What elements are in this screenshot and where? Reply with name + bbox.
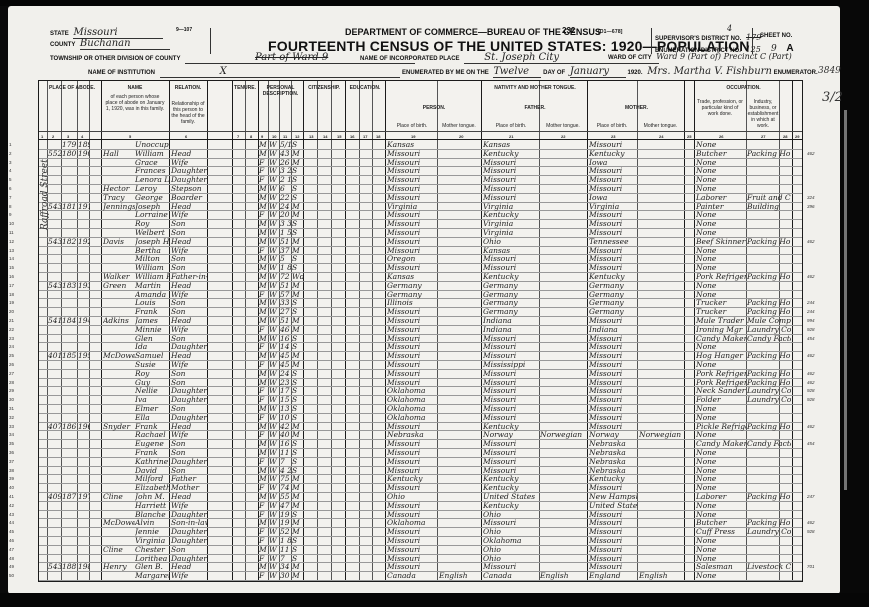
occupation-code: 462	[807, 351, 833, 360]
column-number: 28	[783, 134, 787, 139]
column-number: 15	[337, 134, 341, 139]
father-birthplace: Canada	[483, 571, 539, 580]
mother-tongue: English	[439, 571, 481, 580]
header-person-pob: Place of birth.	[387, 123, 437, 129]
header-father: FATHER.	[483, 105, 587, 111]
sheet-number: 9	[771, 44, 777, 54]
column-number: 21	[509, 134, 513, 139]
column-number: 16	[350, 134, 354, 139]
enumerated-label: ENUMERATED BY ME ON THE	[402, 70, 489, 76]
table-row: 50MargaretWifeFW30MCanadaEnglishCanadaEn…	[39, 571, 802, 580]
occupation-code: 462	[807, 422, 833, 431]
occupation-code: 701	[807, 562, 833, 571]
header-education: EDUCATION.	[345, 85, 385, 91]
column-number: 8	[250, 134, 252, 139]
occupation-code: 462	[807, 149, 833, 158]
father-tongue: English	[540, 571, 587, 580]
column-number: 3	[67, 134, 69, 139]
scan-right-border	[840, 0, 869, 607]
race: W	[269, 571, 279, 580]
header-mother-pob: Place of birth.	[587, 123, 637, 129]
header-father-tongue: Mother tongue.	[539, 123, 587, 129]
side-note-left: Raffroad Street	[40, 159, 50, 230]
column-number: 18	[376, 134, 380, 139]
enumeration-district-field: ENUMERATION DISTRICT NO. 125	[655, 45, 761, 54]
header-person: PERSON.	[387, 105, 481, 111]
institution-value: X	[160, 66, 400, 78]
page-stamp: 232	[562, 26, 575, 35]
margin-note-top: 3849	[818, 66, 841, 76]
occupation-code: 462	[807, 237, 833, 246]
township-label: TOWNSHIP OR OTHER DIVISION OF COUNTY	[50, 56, 180, 62]
column-number: 7	[237, 134, 239, 139]
column-number: 29	[795, 134, 799, 139]
enumerator-label: ENUMERATOR.	[774, 70, 818, 76]
supervisor-district-field: SUPERVISOR'S DISTRICT NO. 179	[655, 33, 761, 42]
column-number: 13	[309, 134, 313, 139]
county-value: Buchanan	[80, 38, 170, 50]
occupation-code: 928	[807, 395, 833, 404]
occupation-code: 247	[807, 492, 833, 501]
header-relation: RELATION.	[171, 85, 205, 91]
institution-label: NAME OF INSTITUTION	[88, 70, 155, 76]
relation: Wife	[171, 571, 207, 580]
header-place-of-abode: PLACE OF ABODE.	[45, 85, 99, 91]
column-number: 17	[363, 134, 367, 139]
column-number: 11	[283, 134, 287, 139]
column-number: 9	[261, 134, 263, 139]
state-label: STATE	[50, 31, 69, 37]
column-number: 23	[611, 134, 615, 139]
header-occupation: OCCUPATION.	[695, 85, 792, 91]
occupation-code: 396	[807, 202, 833, 211]
sheet-number-field: 9 A	[768, 43, 794, 54]
sheet-side: A	[786, 43, 793, 54]
column-number: 20	[459, 134, 463, 139]
day-of-label: DAY OF	[543, 70, 565, 76]
header-mother: MOTHER.	[589, 105, 684, 111]
header-industry: Industry, business, or establishment in …	[747, 99, 779, 129]
header-personal-description: PERSONAL DESCRIPTION.	[258, 85, 303, 97]
column-number: 22	[561, 134, 565, 139]
enumerated-day: Twelve	[493, 66, 541, 78]
age: 30	[280, 571, 291, 580]
occupation-code: 454	[807, 439, 833, 448]
supervisor-label: SUPERVISOR'S DISTRICT NO.	[655, 36, 741, 42]
institution-field: NAME OF INSTITUTION X	[88, 66, 400, 78]
occupation-code: 928	[807, 527, 833, 536]
header-mother-tongue: Mother tongue.	[637, 123, 684, 129]
scan-bottom-border	[0, 593, 869, 607]
column-number: 19	[411, 134, 415, 139]
column-number: 5	[129, 134, 131, 139]
column-number: 4	[81, 134, 83, 139]
occupation-trade: None	[696, 571, 746, 580]
column-number: 14	[323, 134, 327, 139]
county-label: COUNTY	[50, 42, 75, 48]
occupation-code: 454	[807, 334, 833, 343]
header-trade: Trade, profession, or particular kind of…	[696, 99, 744, 117]
occupation-code: 462	[807, 272, 833, 281]
ward-label: WARD OF CITY	[608, 55, 652, 61]
place-label: NAME OF INCORPORATED PLACE	[360, 56, 460, 62]
enumerated-month: January	[570, 66, 626, 78]
header-name-sub: of each person whose place of abode on J…	[105, 94, 165, 112]
header-relation-sub: Relationship of this person to the head …	[171, 101, 205, 125]
paper-tear	[844, 110, 847, 490]
sheet-label: SHEET NO.	[760, 33, 792, 39]
enumeration-year: 1920.	[628, 70, 643, 76]
header-person-tongue: Mother tongue.	[437, 123, 481, 129]
supervisor-district-value: 4	[724, 24, 732, 33]
header-citizenship: CITIZENSHIP.	[303, 85, 345, 91]
mother-birthplace: England	[589, 571, 637, 580]
enumeration-date-field: ENUMERATED BY ME ON THE Twelve DAY OF Ja…	[402, 66, 818, 78]
county-field: COUNTY Buchanan	[50, 38, 170, 50]
column-number: 6	[185, 134, 187, 139]
enumerator-name: Mrs. Martha V. Fishburn	[647, 66, 772, 77]
birthplace: Canada	[387, 571, 437, 580]
column-number: 27	[761, 134, 765, 139]
form-code: [D1—678]	[598, 29, 623, 35]
given-name: Margaret	[135, 571, 169, 580]
header-father-pob: Place of birth.	[483, 123, 539, 129]
column-number: 24	[659, 134, 663, 139]
mother-tongue-of-mother: English	[639, 571, 684, 580]
line-number: 50	[9, 571, 17, 580]
column-number: 2	[52, 134, 54, 139]
column-number: 12	[295, 134, 299, 139]
sex: F	[259, 571, 268, 580]
header-name: NAME	[105, 85, 165, 91]
marital-status: M	[292, 571, 303, 580]
header-nativity: NATIVITY AND MOTHER TONGUE.	[387, 85, 683, 91]
column-number: 26	[719, 134, 723, 139]
ed-label: ENUMERATION DISTRICT NO.	[655, 48, 741, 54]
margin-note-side: 3/2	[822, 90, 843, 105]
header-tenure: TENURE.	[232, 85, 258, 91]
column-number: 10	[272, 134, 276, 139]
column-number: 25	[687, 134, 691, 139]
column-number: 1	[41, 134, 43, 139]
census-table: PLACE OF ABODE. NAME of each person whos…	[38, 80, 803, 582]
